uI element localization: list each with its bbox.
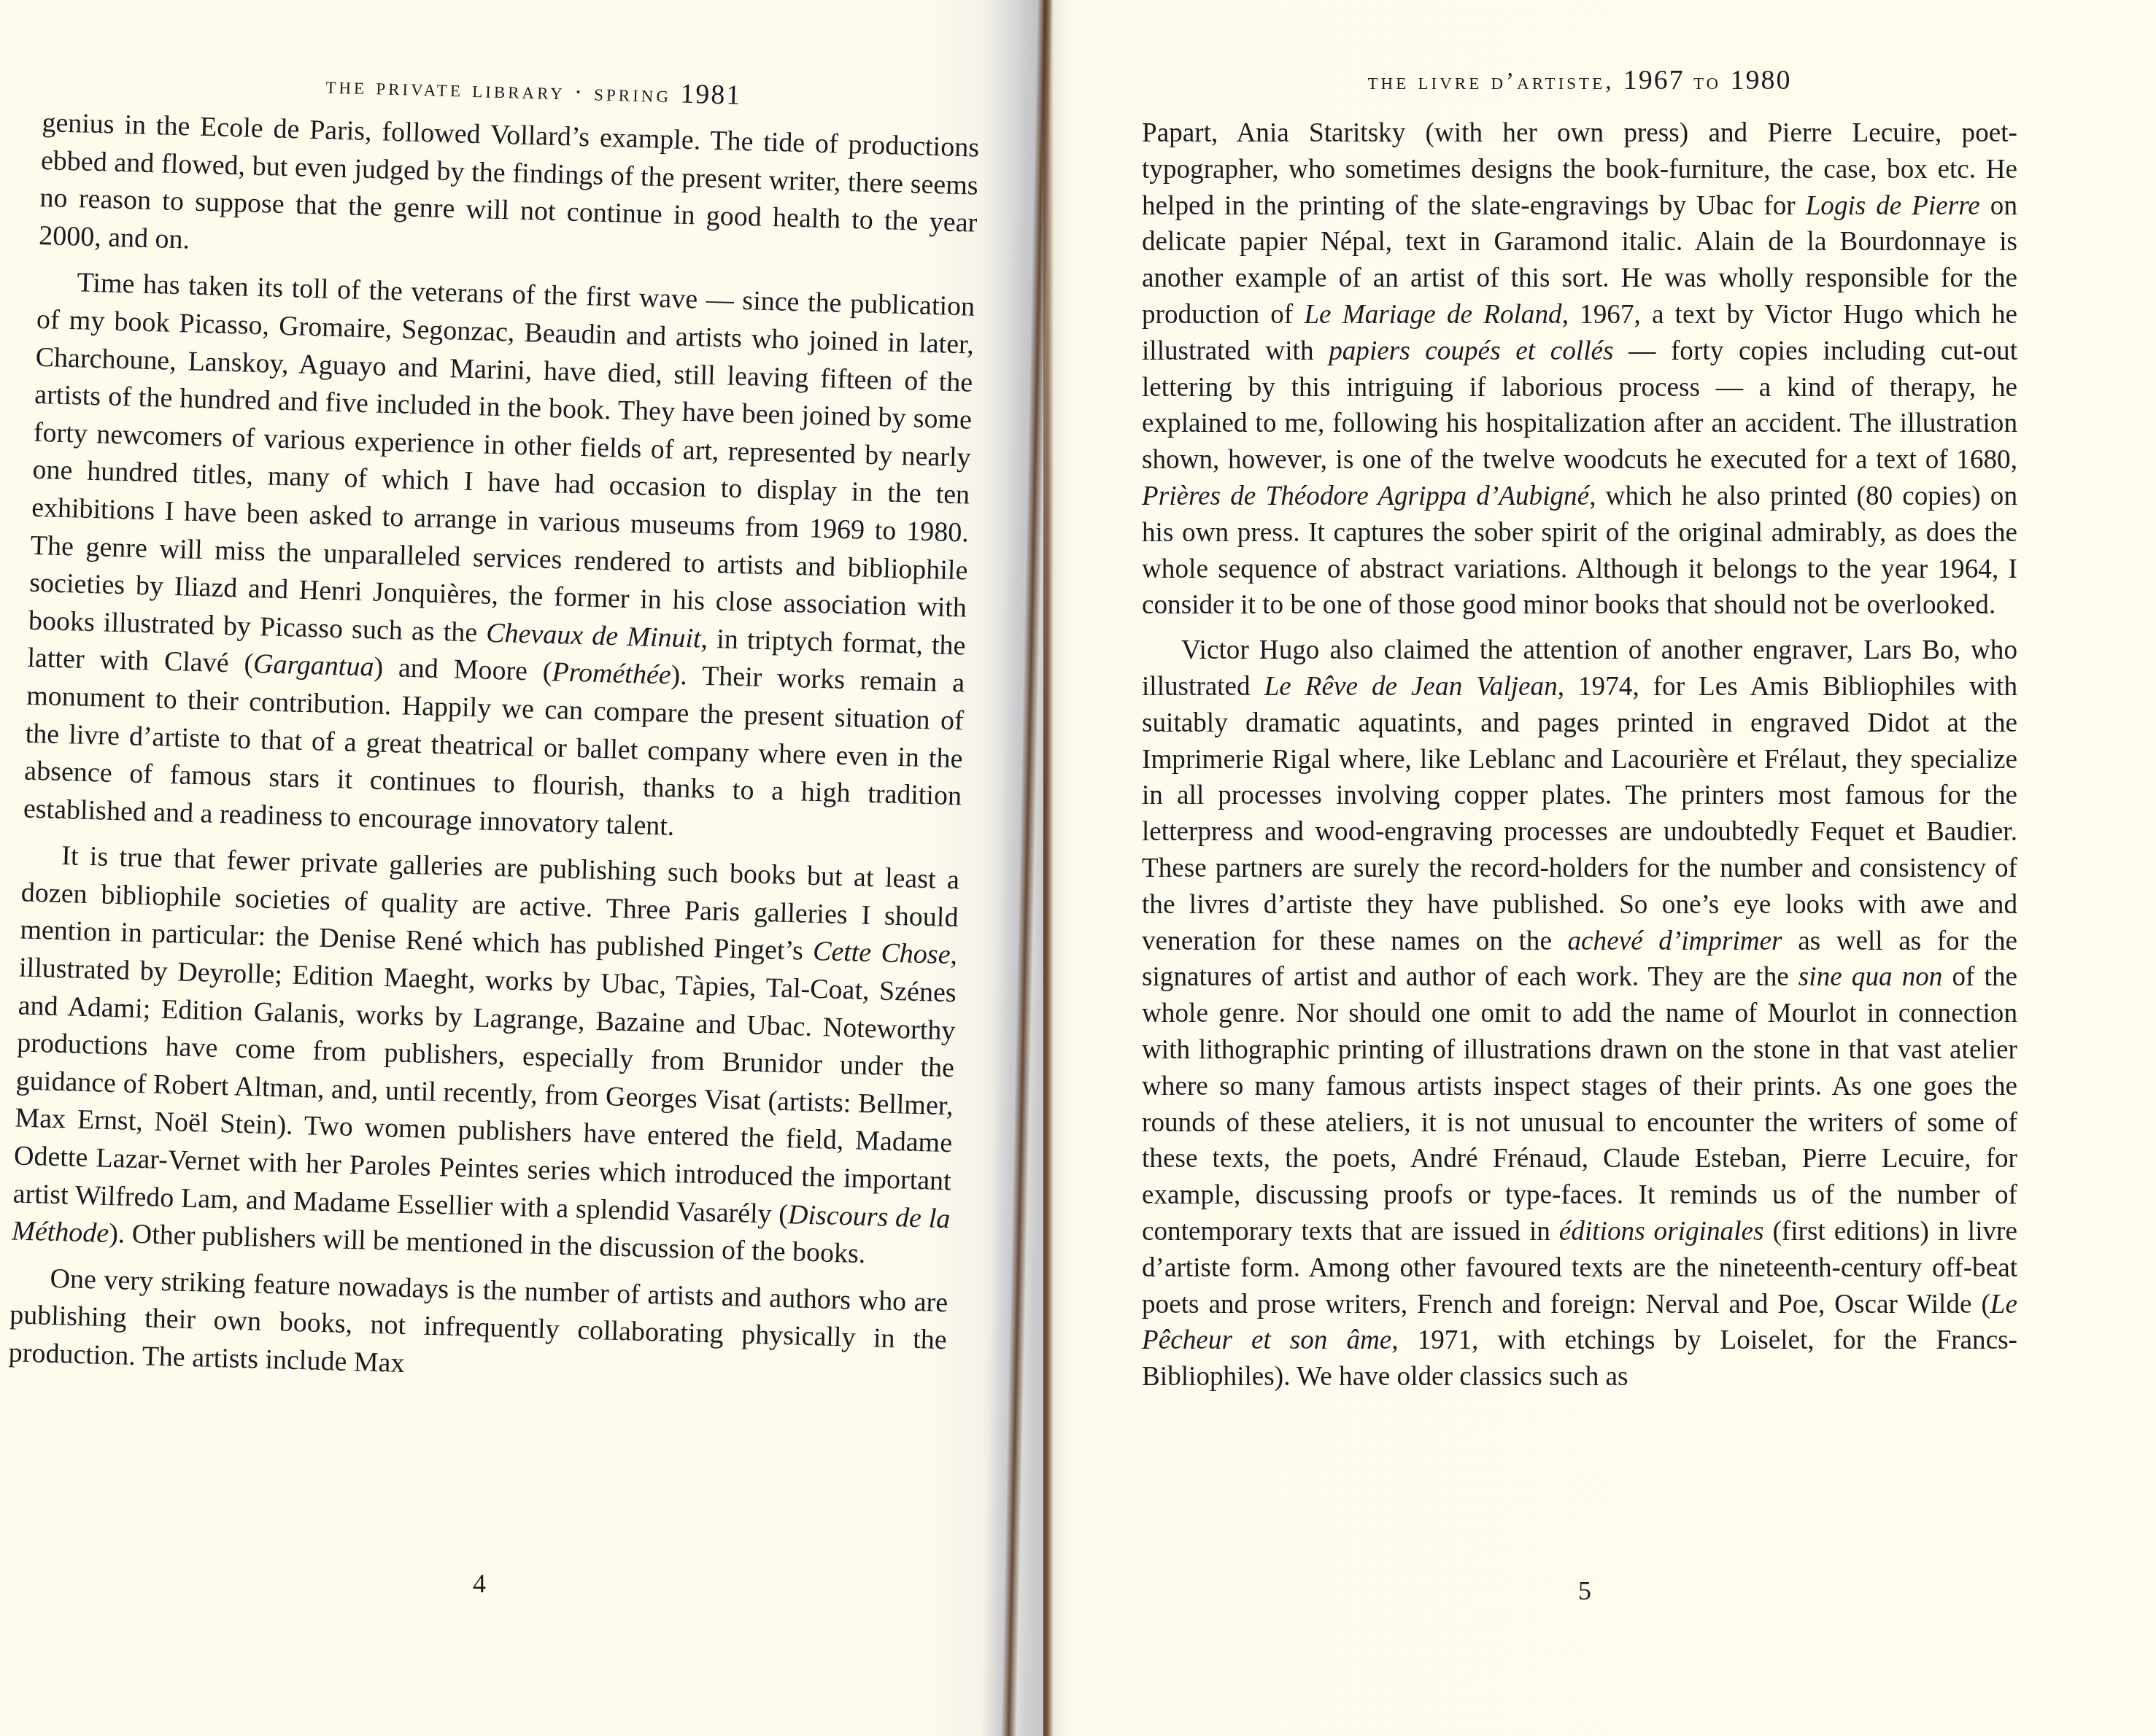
italic-title: Le Mariage de Roland — [1304, 300, 1561, 330]
italic-title: sine qua non — [1798, 962, 1943, 992]
running-head-title: The Private Library · Spring — [325, 72, 672, 108]
italic-title: Cette Chose — [813, 936, 951, 970]
running-head-title: The Livre d’Artiste, — [1368, 69, 1615, 95]
italic-title: Prières de Théodore Agrippa d’Aubigné — [1142, 481, 1589, 511]
italic-title: Prométhée — [552, 656, 671, 690]
paragraph: Papart, Ania Staritsky (with her own pre… — [1142, 115, 2017, 624]
right-page-content: The Livre d’Artiste, 1967 to 1980 Papart… — [1142, 58, 2017, 1395]
text-run: , illustrated by Deyrolle; Edition Maegh… — [12, 940, 957, 1230]
italic-title: Gargantua — [253, 648, 374, 682]
italic-title: éditions originales — [1559, 1217, 1764, 1247]
running-head-year-start: 1967 — [1623, 65, 1685, 96]
text-run: ) and Moore ( — [374, 652, 552, 688]
right-page-body: Papart, Ania Staritsky (with her own pre… — [1142, 115, 2017, 1395]
page-number-right: 5 — [1578, 1576, 1591, 1606]
italic-title: Logis de Pierre — [1806, 191, 1980, 221]
running-head-right: The Livre d’Artiste, 1967 to 1980 — [1142, 58, 2017, 102]
paragraph: It is true that fewer private galleries … — [12, 837, 960, 1276]
running-head-year: 1981 — [680, 79, 742, 111]
italic-title: Chevaux de Minuit — [486, 617, 701, 654]
text-run: genius in the Ecole de Paris, followed V… — [39, 107, 980, 255]
text-run: ). Their works remain a monument to thei… — [23, 660, 965, 842]
running-head-to: to — [1693, 69, 1721, 95]
page-number-left: 4 — [473, 1568, 486, 1599]
paragraph: genius in the Ecole de Paris, followed V… — [39, 104, 980, 280]
italic-title: Le Rêve de Jean Valjean — [1264, 672, 1558, 702]
italic-title: achevé d’imprimer — [1567, 926, 1782, 956]
running-head-year-end: 1980 — [1730, 65, 1791, 96]
text-run: One very striking feature nowadays is th… — [8, 1263, 948, 1379]
paragraph: Time has taken its toll of the veterans … — [23, 263, 975, 853]
left-page-body: genius in the Ecole de Paris, followed V… — [8, 104, 980, 1398]
text-run: of the whole genre. Nor should one omit … — [1142, 962, 2017, 1247]
paragraph: Victor Hugo also claimed the attention o… — [1142, 632, 2017, 1395]
italic-title: papiers coupés et collés — [1329, 336, 1613, 366]
text-run: , 1974, for Les Amis Bibliophiles with s… — [1142, 672, 2017, 956]
left-page-content: The Private Library · Spring 1981 genius… — [8, 55, 981, 1398]
text-run: Time has taken its toll of the veterans … — [28, 268, 975, 648]
